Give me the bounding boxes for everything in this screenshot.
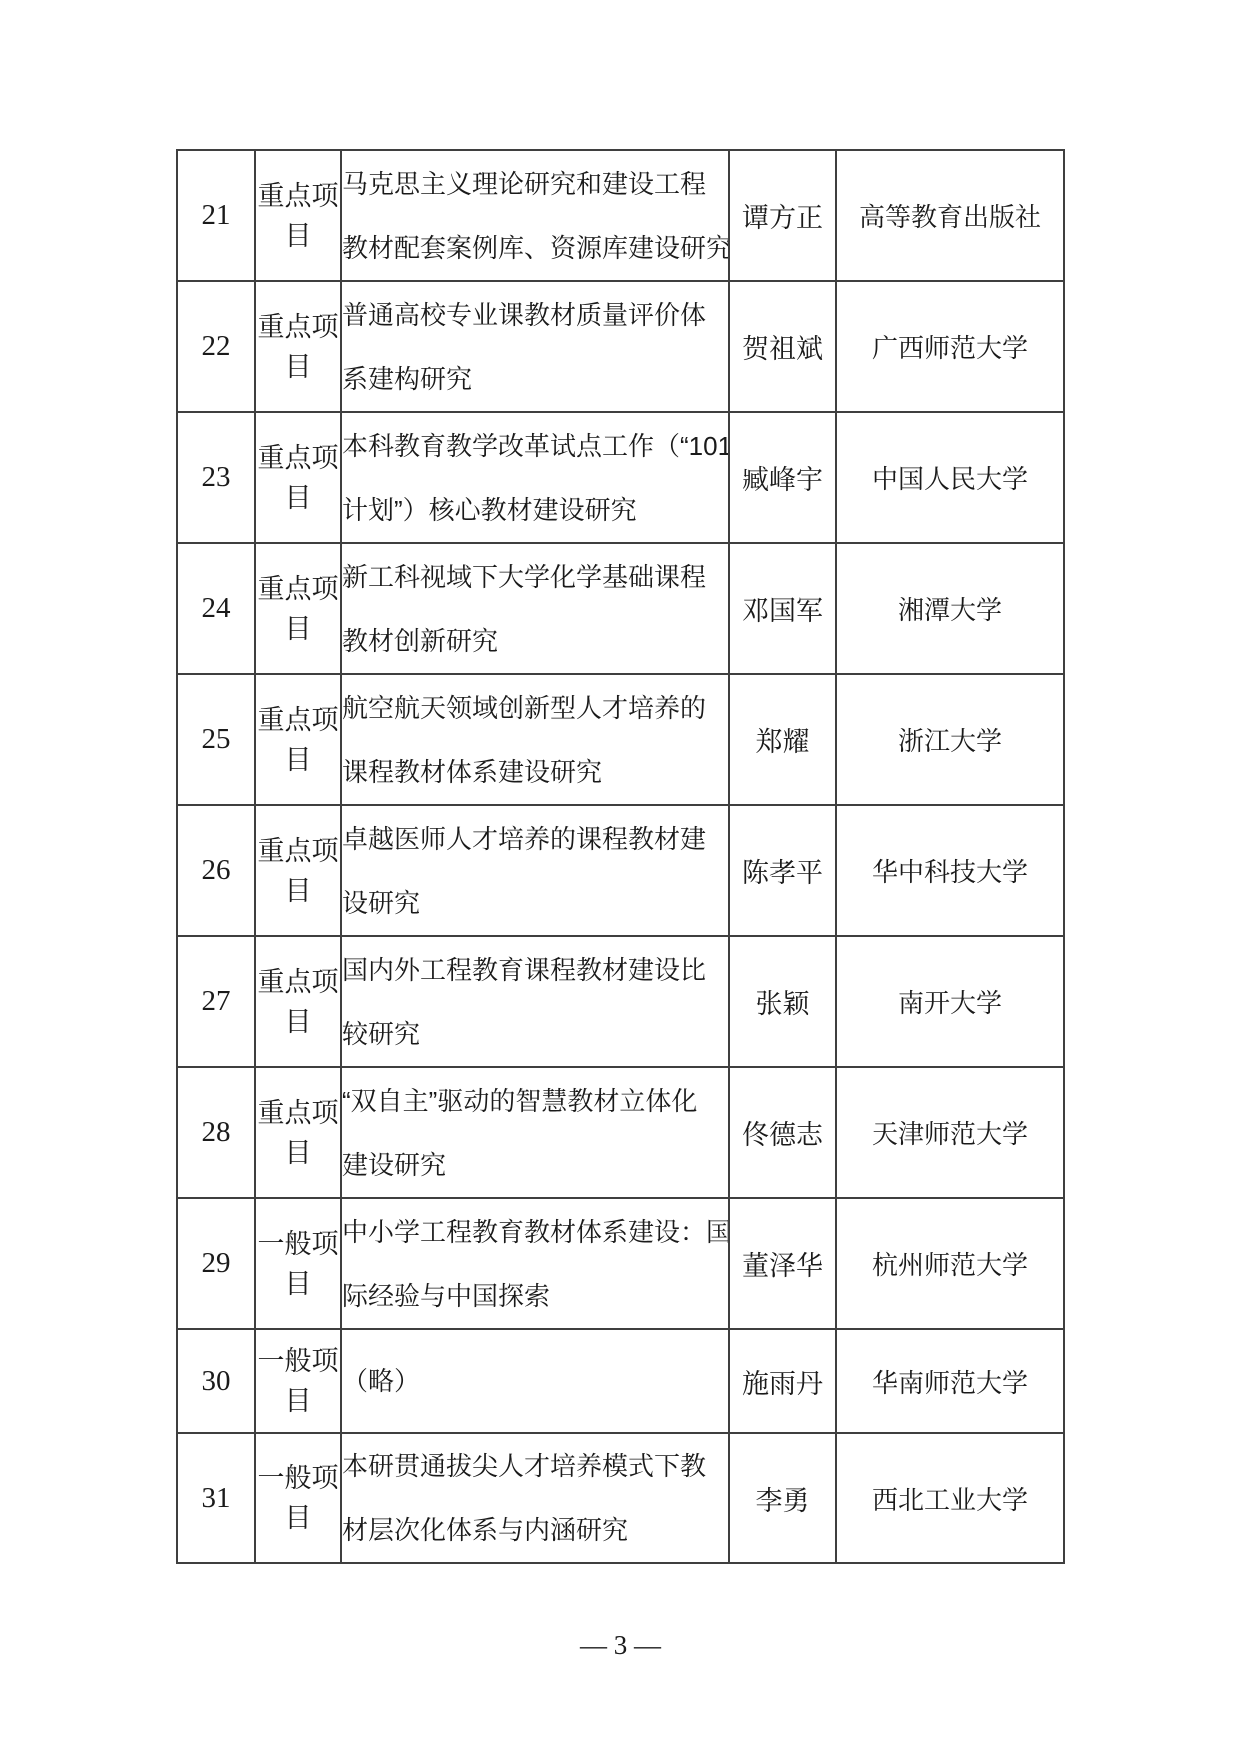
project-title-cell: 中小学工程教育教材体系建设：国际经验与中国探索 [341,1198,729,1329]
institution-cell: 杭州师范大学 [836,1198,1064,1329]
table-row: 23重点项目本科教育教学改革试点工作（“101计划”）核心教材建设研究臧峰宇中国… [177,412,1064,543]
row-number-cell: 26 [177,805,255,936]
project-title-line: 马克思主义理论研究和建设工程 [342,152,728,216]
leader-name-cell: 郑耀 [729,674,836,805]
project-title-cell: 马克思主义理论研究和建设工程教材配套案例库、资源库建设研究 [341,150,729,281]
project-title-line: 系建构研究 [342,347,728,411]
institution-cell: 天津师范大学 [836,1067,1064,1198]
project-type-cell: 重点项目 [255,1067,341,1198]
project-title-line: 本科教育教学改革试点工作（“101 [342,414,728,478]
project-type-cell: 重点项目 [255,805,341,936]
leader-name-cell: 佟德志 [729,1067,836,1198]
document-page: 21重点项目马克思主义理论研究和建设工程教材配套案例库、资源库建设研究谭方正高等… [0,0,1241,1755]
table-row: 24重点项目新工科视域下大学化学基础课程教材创新研究邓国军湘潭大学 [177,543,1064,674]
project-title-line: 计划”）核心教材建设研究 [342,478,728,542]
leader-name-cell: 贺祖斌 [729,281,836,412]
table-row: 25重点项目航空航天领域创新型人才培养的课程教材体系建设研究郑耀浙江大学 [177,674,1064,805]
institution-cell: 广西师范大学 [836,281,1064,412]
institution-cell: 高等教育出版社 [836,150,1064,281]
project-type-cell: 重点项目 [255,150,341,281]
table-row: 21重点项目马克思主义理论研究和建设工程教材配套案例库、资源库建设研究谭方正高等… [177,150,1064,281]
institution-cell: 西北工业大学 [836,1433,1064,1563]
project-title-line: 国内外工程教育课程教材建设比 [342,938,728,1002]
institution-cell: 浙江大学 [836,674,1064,805]
project-type-cell: 一般项目 [255,1329,341,1433]
project-type-cell: 重点项目 [255,281,341,412]
table-row: 28重点项目“双自主”驱动的智慧教材立体化建设研究佟德志天津师范大学 [177,1067,1064,1198]
project-title-cell: （略） [341,1329,729,1433]
project-title-line: 际经验与中国探索 [342,1264,728,1328]
page-number: — 3 — [0,1630,1241,1661]
institution-cell: 中国人民大学 [836,412,1064,543]
institution-cell: 华中科技大学 [836,805,1064,936]
project-title-line: “双自主”驱动的智慧教材立体化 [342,1069,728,1133]
project-title-line: 材层次化体系与内涵研究 [342,1498,728,1562]
project-type-cell: 重点项目 [255,674,341,805]
project-type-cell: 一般项目 [255,1198,341,1329]
project-title-cell: 国内外工程教育课程教材建设比较研究 [341,936,729,1067]
row-number-cell: 28 [177,1067,255,1198]
project-title-line: 本研贯通拔尖人才培养模式下教 [342,1434,728,1498]
leader-name-cell: 施雨丹 [729,1329,836,1433]
project-title-line: 课程教材体系建设研究 [342,740,728,804]
project-title-line: 卓越医师人才培养的课程教材建 [342,807,728,871]
leader-name-cell: 陈孝平 [729,805,836,936]
institution-cell: 南开大学 [836,936,1064,1067]
project-title-line: 中小学工程教育教材体系建设：国 [342,1200,728,1264]
project-title-cell: “双自主”驱动的智慧教材立体化建设研究 [341,1067,729,1198]
row-number-cell: 27 [177,936,255,1067]
project-title-cell: 新工科视域下大学化学基础课程教材创新研究 [341,543,729,674]
projects-table-body: 21重点项目马克思主义理论研究和建设工程教材配套案例库、资源库建设研究谭方正高等… [177,150,1064,1563]
table-row: 29一般项目中小学工程教育教材体系建设：国际经验与中国探索董泽华杭州师范大学 [177,1198,1064,1329]
table-row: 30一般项目（略）施雨丹华南师范大学 [177,1329,1064,1433]
leader-name-cell: 邓国军 [729,543,836,674]
project-title-cell: 卓越医师人才培养的课程教材建设研究 [341,805,729,936]
leader-name-cell: 李勇 [729,1433,836,1563]
row-number-cell: 21 [177,150,255,281]
row-number-cell: 23 [177,412,255,543]
project-title-cell: 本研贯通拔尖人才培养模式下教材层次化体系与内涵研究 [341,1433,729,1563]
row-number-cell: 25 [177,674,255,805]
institution-cell: 华南师范大学 [836,1329,1064,1433]
project-type-cell: 重点项目 [255,936,341,1067]
leader-name-cell: 臧峰宇 [729,412,836,543]
project-title-line: 教材配套案例库、资源库建设研究 [342,216,728,280]
leader-name-cell: 张颖 [729,936,836,1067]
institution-cell: 湘潭大学 [836,543,1064,674]
row-number-cell: 29 [177,1198,255,1329]
row-number-cell: 31 [177,1433,255,1563]
project-title-line: 航空航天领域创新型人才培养的 [342,676,728,740]
leader-name-cell: 谭方正 [729,150,836,281]
row-number-cell: 30 [177,1329,255,1433]
project-title-line: 新工科视域下大学化学基础课程 [342,545,728,609]
table-row: 22重点项目普通高校专业课教材质量评价体系建构研究贺祖斌广西师范大学 [177,281,1064,412]
table-row: 31一般项目本研贯通拔尖人才培养模式下教材层次化体系与内涵研究李勇西北工业大学 [177,1433,1064,1563]
project-title-line: 普通高校专业课教材质量评价体 [342,283,728,347]
project-type-cell: 一般项目 [255,1433,341,1563]
table-row: 27重点项目国内外工程教育课程教材建设比较研究张颖南开大学 [177,936,1064,1067]
project-title-cell: 本科教育教学改革试点工作（“101计划”）核心教材建设研究 [341,412,729,543]
project-title-cell: 航空航天领域创新型人才培养的课程教材体系建设研究 [341,674,729,805]
project-title-line: 设研究 [342,871,728,935]
project-title-cell: 普通高校专业课教材质量评价体系建构研究 [341,281,729,412]
project-title-line: （略） [342,1349,728,1413]
project-title-line: 教材创新研究 [342,609,728,673]
leader-name-cell: 董泽华 [729,1198,836,1329]
project-type-cell: 重点项目 [255,543,341,674]
row-number-cell: 24 [177,543,255,674]
projects-table: 21重点项目马克思主义理论研究和建设工程教材配套案例库、资源库建设研究谭方正高等… [176,149,1065,1564]
project-title-line: 建设研究 [342,1133,728,1197]
project-title-line: 较研究 [342,1002,728,1066]
row-number-cell: 22 [177,281,255,412]
table-row: 26重点项目卓越医师人才培养的课程教材建设研究陈孝平华中科技大学 [177,805,1064,936]
project-type-cell: 重点项目 [255,412,341,543]
